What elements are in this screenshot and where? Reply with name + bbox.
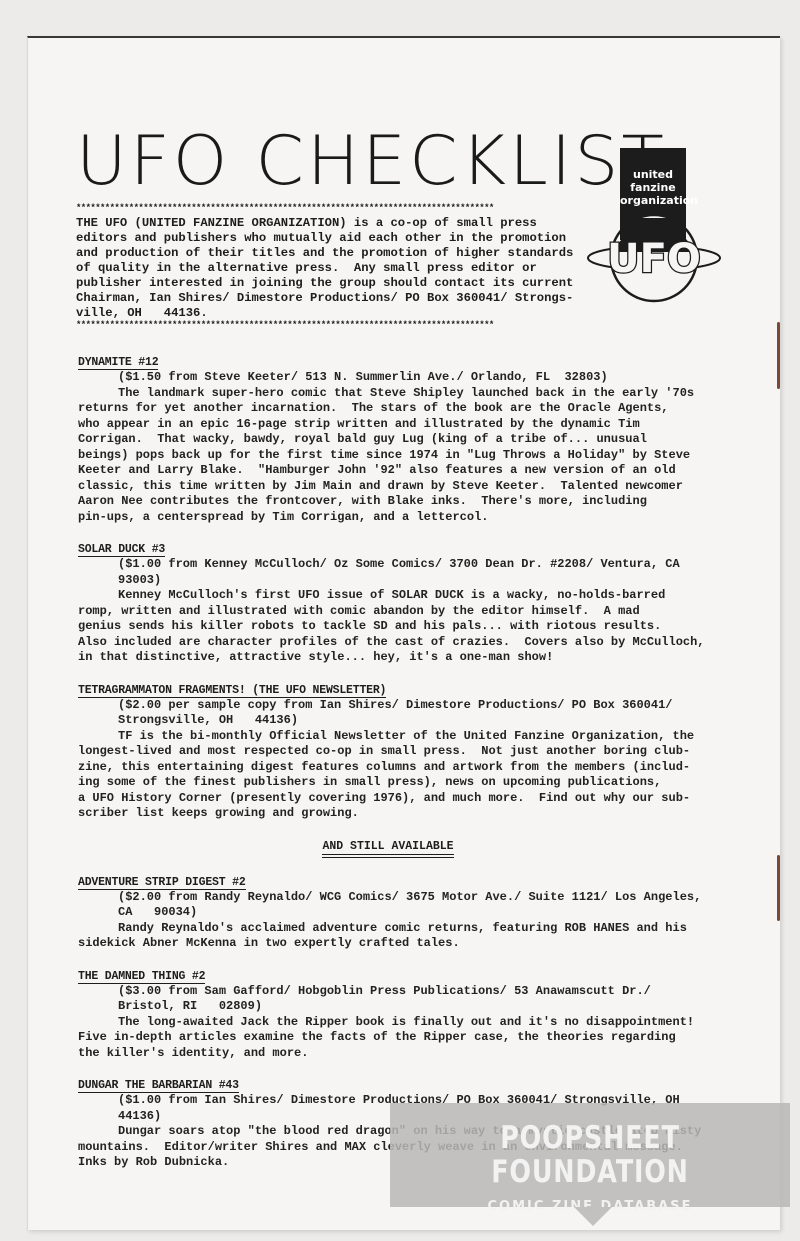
- svg-text:UFO: UFO: [607, 236, 701, 282]
- entry-adventure-strip: ADVENTURE STRIP DIGEST #2 ($2.00 from Ra…: [78, 872, 728, 952]
- star-rule-bottom: ****************************************…: [76, 320, 588, 330]
- entry-title: DUNGAR THE BARBARIAN #43: [78, 1079, 239, 1093]
- section-heading-text: AND STILL AVAILABLE: [322, 840, 453, 858]
- entry-tetragrammaton: TETRAGRAMMATON FRAGMENTS! (THE UFO NEWSL…: [78, 680, 728, 822]
- entry-price: ($2.00 per sample copy from Ian Shires/ …: [78, 698, 728, 729]
- section-heading: AND STILL AVAILABLE: [78, 836, 728, 858]
- entry-body: TF is the bi-monthly Official Newsletter…: [78, 729, 728, 822]
- saucer-emblem-icon: UFO: [586, 148, 722, 306]
- entry-body: Kenney McCulloch's first UFO issue of SO…: [78, 588, 728, 666]
- entry-body: The long-awaited Jack the Ripper book is…: [78, 1015, 728, 1062]
- intro-paragraph: THE UFO (UNITED FANZINE ORGANIZATION) is…: [76, 216, 596, 321]
- entry-body: Randy Reynaldo's acclaimed adventure com…: [78, 921, 728, 952]
- entry-price: ($2.00 from Randy Reynaldo/ WCG Comics/ …: [78, 890, 728, 921]
- entry-body: The landmark super-hero comic that Steve…: [78, 386, 728, 526]
- entry-price: ($1.00 from Kenney McCulloch/ Oz Some Co…: [78, 557, 728, 588]
- entry-title: TETRAGRAMMATON FRAGMENTS! (THE UFO NEWSL…: [78, 684, 386, 698]
- entry-title: ADVENTURE STRIP DIGEST #2: [78, 876, 246, 890]
- entry-dynamite: DYNAMITE #12 ($1.50 from Steve Keeter/ 5…: [78, 352, 728, 525]
- staple-top: [777, 322, 780, 389]
- entry-price: ($1.50 from Steve Keeter/ 513 N. Summerl…: [78, 370, 728, 386]
- watermark-title: POOPSHEET FOUNDATION: [426, 1121, 754, 1189]
- entry-title: DYNAMITE #12: [78, 356, 158, 370]
- watermark-pointer-icon: [574, 1207, 612, 1226]
- entry-solar-duck: SOLAR DUCK #3 ($1.00 from Kenney McCullo…: [78, 539, 728, 666]
- star-rule-top: ****************************************…: [76, 203, 588, 213]
- checklist-entries: DYNAMITE #12 ($1.50 from Steve Keeter/ 5…: [78, 352, 728, 1185]
- ufo-logo: united fanzine organization UFO: [586, 148, 722, 306]
- entry-title: THE DAMNED THING #2: [78, 970, 205, 984]
- entry-damned-thing: THE DAMNED THING #2 ($3.00 from Sam Gaff…: [78, 966, 728, 1062]
- watermark-banner: POOPSHEET FOUNDATION COMIC ZINE DATABASE: [390, 1103, 790, 1207]
- page-title: UFO CHECKLIST: [76, 128, 667, 196]
- staple-bottom: [777, 855, 780, 921]
- entry-title: SOLAR DUCK #3: [78, 543, 165, 557]
- entry-price: ($3.00 from Sam Gafford/ Hobgoblin Press…: [78, 984, 728, 1015]
